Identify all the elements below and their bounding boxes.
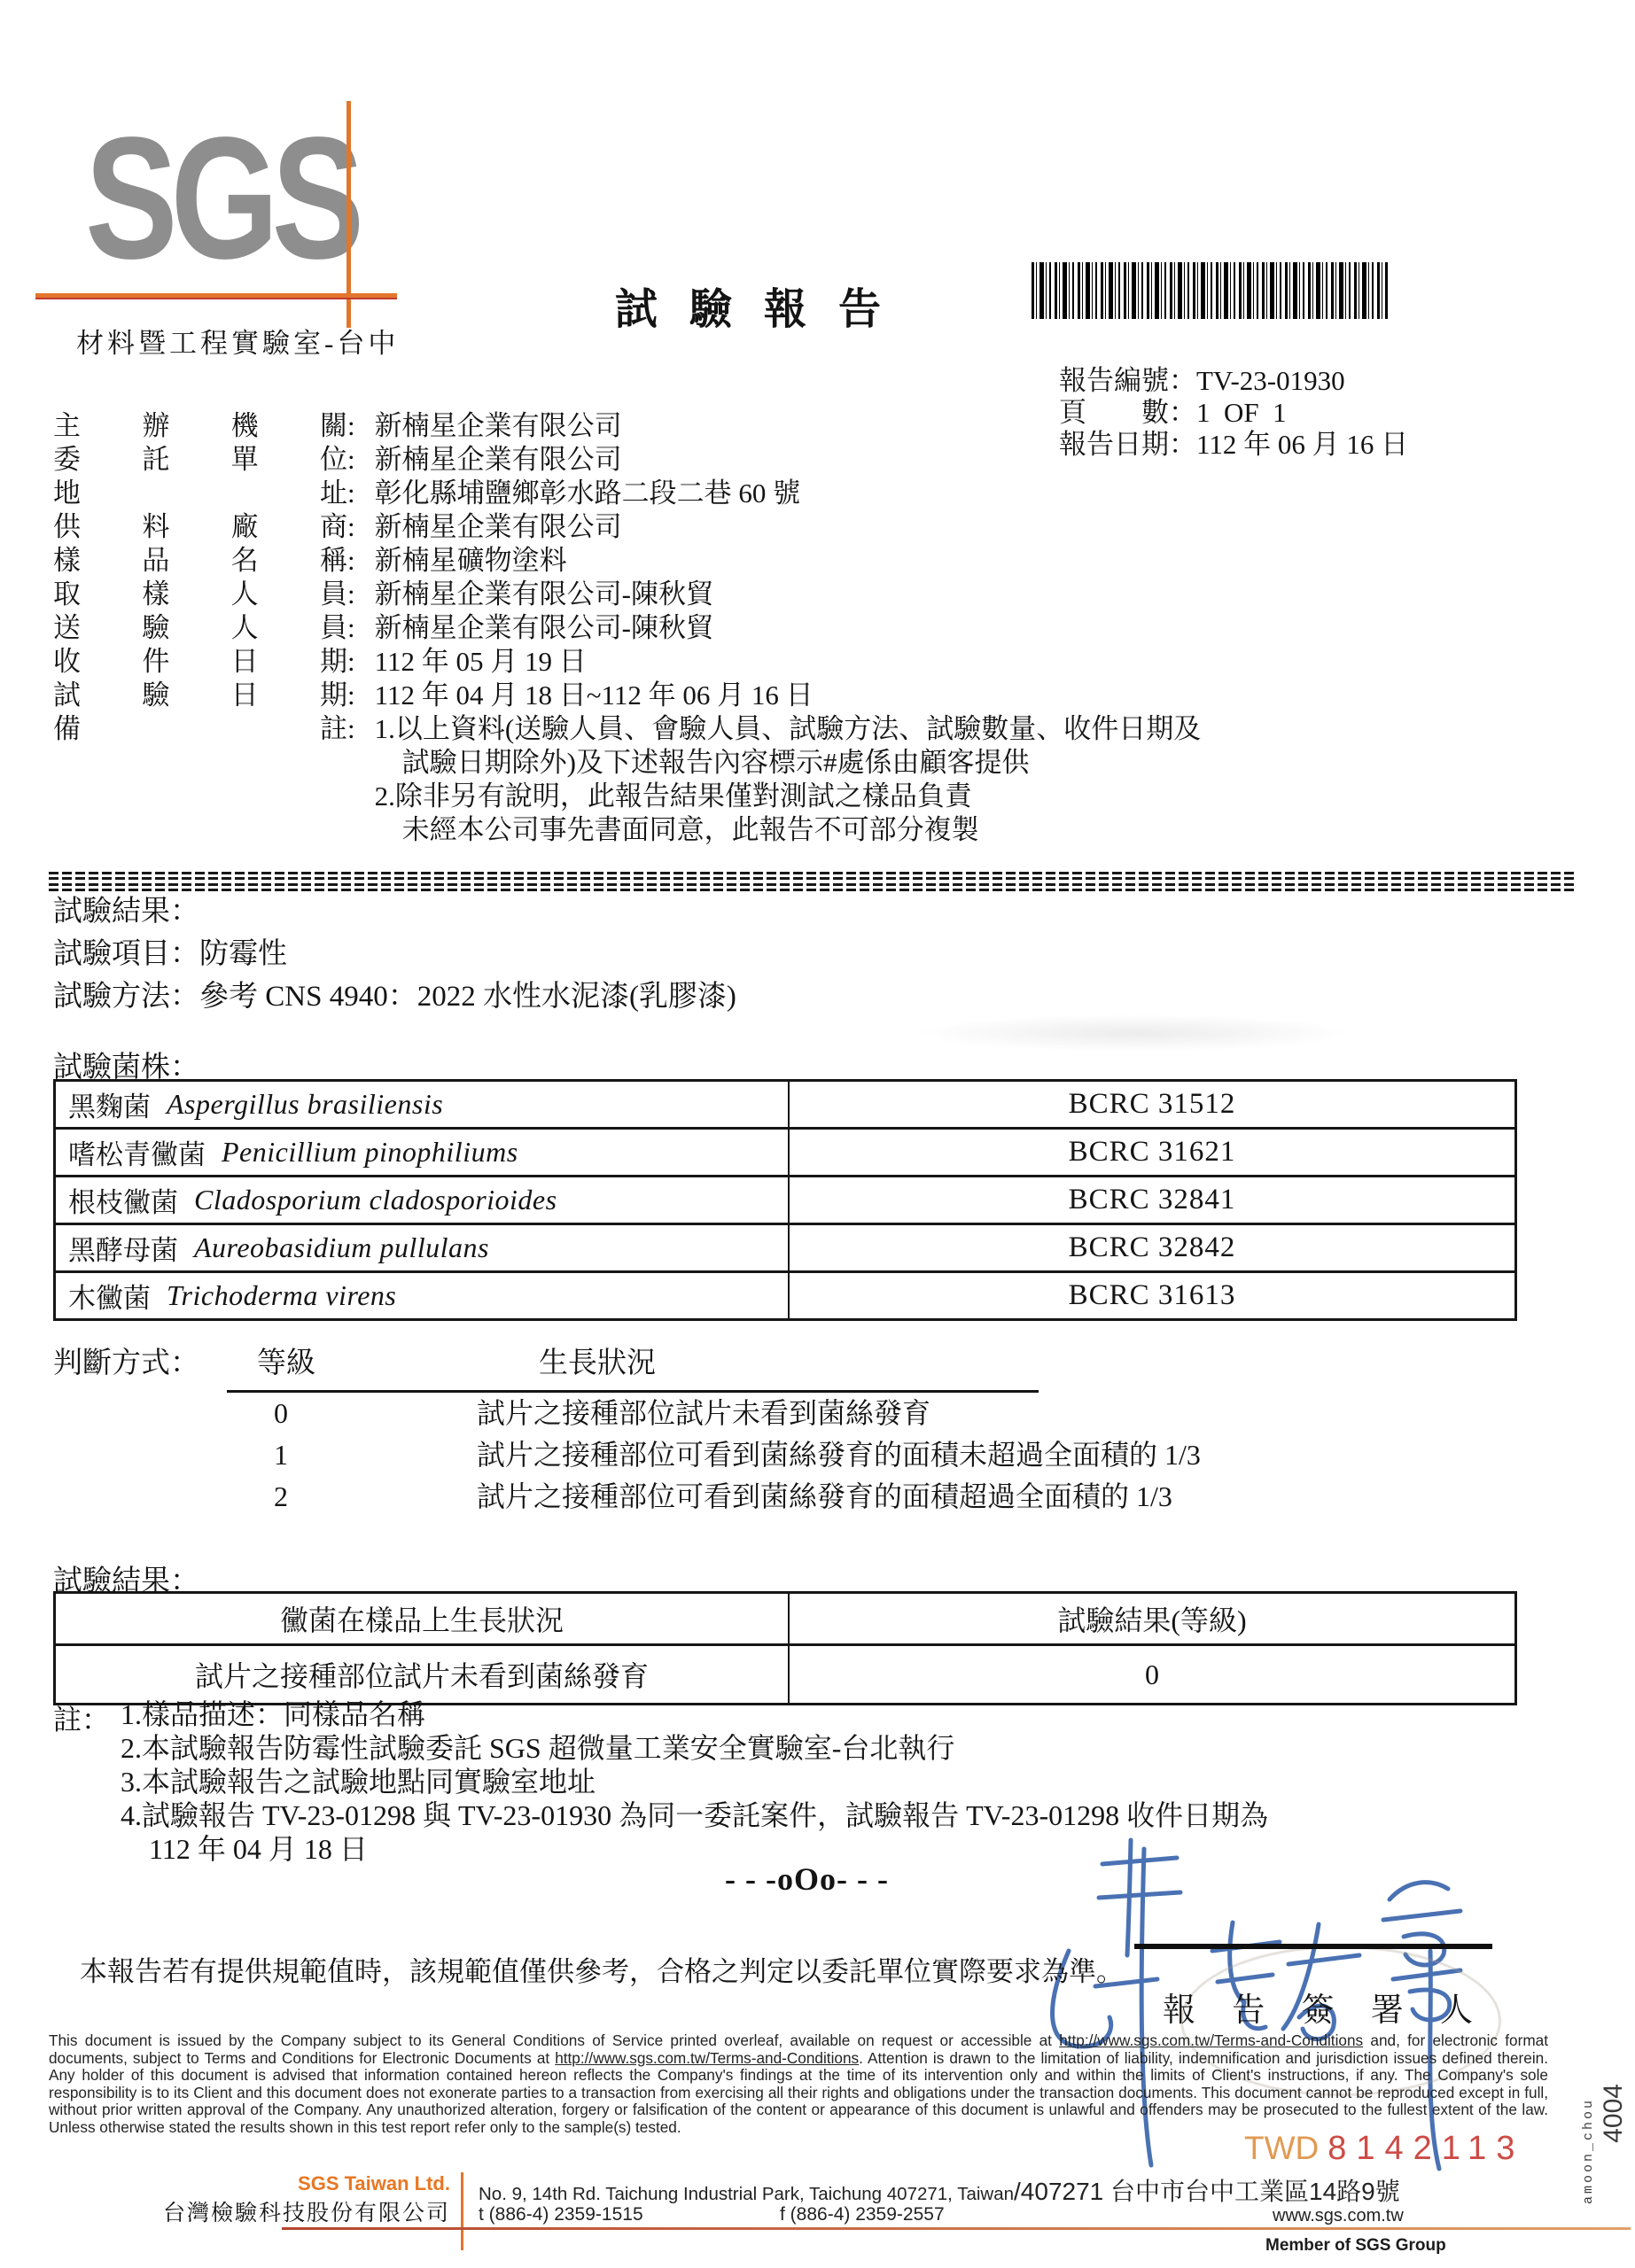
- judgement-rows: 0 試片之接種部位試片未看到菌絲發育 1 試片之接種部位可看到菌絲發育的面積未超…: [227, 1393, 1201, 1518]
- info-label: 樣品名稱: [53, 544, 347, 578]
- strain-name-cn: 根枝黴菌: [68, 1180, 178, 1220]
- strain-code-cell: BCRC 32842: [790, 1225, 1514, 1273]
- info-row: 收件日期: 112 年 05 月 19 日: [53, 645, 1560, 679]
- legal-part-1: This document is issued by the Company s…: [49, 2031, 1059, 2049]
- info-value: 新楠星企業有限公司: [375, 409, 622, 443]
- signer-title: 報 告 簽 署 人: [1163, 1983, 1487, 2031]
- strain-name-latin: Penicillium pinophiliums: [222, 1136, 518, 1169]
- info-label: 主辦機關: [53, 409, 347, 443]
- footer-divider-horizontal: [282, 2227, 1631, 2230]
- note-line: 2.本試驗報告防霉性試驗委託 SGS 超微量工業安全實驗室-台北執行: [121, 1731, 1268, 1765]
- sgs-logo: SGS: [85, 112, 357, 285]
- test-item-row: 試驗項目：防霉性: [53, 930, 287, 972]
- strain-name-cn: 黑酵母菌: [68, 1228, 178, 1268]
- judgement-row: 2 試片之接種部位可看到菌絲發育的面積超過全面積的 1/3: [227, 1476, 1201, 1518]
- grade-value: 0: [250, 1393, 312, 1434]
- ooo-separator: - - -oOo- - -: [725, 1860, 889, 1898]
- report-page: SGS 材料暨工程實驗室-台中 試驗報告 報告編號：TV-23-01930 頁 …: [0, 0, 1635, 2268]
- strains-table: 黑麴菌 Aspergillus brasiliensis BCRC 31512 …: [53, 1079, 1517, 1321]
- results-table: 黴菌在樣品上生長狀況 試驗結果(等級) 試片之接種部位試片未看到菌絲發育 0: [53, 1591, 1517, 1705]
- info-rows: 主辦機關: 新楠星企業有限公司 委託單位: 新楠星企業有限公司 地址: 彰化縣埔…: [53, 409, 1560, 712]
- info-value: 112 年 04 月 18 日~112 年 06 月 16 日: [375, 679, 814, 712]
- footer-company-zh: 台灣檢驗科技股份有限公司: [51, 2195, 450, 2227]
- info-colon: :: [347, 443, 355, 477]
- footer-fax: f (886-4) 2359-2557: [780, 2204, 945, 2225]
- results-header-growth: 黴菌在樣品上生長狀況: [56, 1594, 790, 1646]
- report-title: 試驗報告: [615, 275, 913, 336]
- test-item-value: 防霉性: [199, 938, 287, 970]
- note-line: 3.本試驗報告之試驗地點同實驗室地址: [121, 1765, 1268, 1798]
- judgement-heading: 判斷方式：: [53, 1340, 199, 1381]
- footer-member: Member of SGS Group: [1265, 2236, 1446, 2256]
- footer-company-en: SGS Taiwan Ltd.: [51, 2172, 450, 2195]
- results-row-grade: 0: [790, 1646, 1514, 1703]
- info-value: 新楠星企業有限公司: [375, 443, 622, 477]
- info-value: 新楠星企業有限公司-陳秋貿: [375, 578, 713, 611]
- info-row: 主辦機關: 新楠星企業有限公司: [53, 409, 1560, 443]
- result-heading: 試驗結果：: [53, 888, 199, 929]
- grade-value: 2: [250, 1476, 312, 1518]
- info-colon: :: [347, 544, 355, 578]
- test-method-row: 試驗方法：參考 CNS 4940：2022 水性水泥漆(乳膠漆): [53, 973, 736, 1014]
- footer-address-zh: /407271 台中市台中工業區14路9號: [1014, 2172, 1400, 2208]
- info-label: 收件日期: [53, 645, 347, 679]
- info-value: 彰化縣埔鹽鄉彰水路二段二巷 60 號: [375, 477, 801, 510]
- note-line: 1.樣品描述：同樣品名稱: [121, 1697, 1268, 1731]
- strain-name-latin: Aspergillus brasiliensis: [167, 1088, 443, 1121]
- edge-page-code: 4004: [1599, 2084, 1629, 2143]
- signature-line: [1134, 1944, 1492, 1949]
- test-method-value: 參考 CNS 4940：2022 水性水泥漆(乳膠漆): [199, 981, 736, 1013]
- twd-prefix: TWD: [1244, 2130, 1319, 2166]
- info-value: 新楠星礦物塗料: [375, 544, 567, 578]
- strain-code-cell: BCRC 31512: [790, 1082, 1514, 1130]
- footer-web: www.sgs.com.tw: [1273, 2206, 1404, 2226]
- info-colon: :: [347, 409, 355, 443]
- strain-name-latin: Aureobasidium pullulans: [194, 1231, 489, 1264]
- logo-cross-red-line: [35, 298, 397, 299]
- results-header-grade: 試驗結果(等級): [790, 1594, 1514, 1646]
- info-row: 委託單位: 新楠星企業有限公司: [53, 443, 1560, 477]
- info-colon: :: [347, 679, 355, 712]
- info-label: 送驗人員: [53, 611, 347, 645]
- remark-line: 試驗日期除外)及下述報告內容標示#處係由顧客提供: [375, 746, 1202, 780]
- info-label: 供料廠商: [53, 510, 347, 544]
- remark-line: 2.除非另有說明，此報告結果僅對測試之樣品負責: [375, 780, 1202, 813]
- strain-name-cn: 嗜松青黴菌: [68, 1132, 206, 1172]
- legal-text: This document is issued by the Company s…: [49, 2032, 1548, 2137]
- scan-artifact: [842, 1008, 1427, 1058]
- growth-description: 試片之接種部位試片未看到菌絲發育: [477, 1393, 930, 1434]
- edge-operator-code: amoon_chou: [1581, 2098, 1596, 2204]
- info-label: 地址: [53, 477, 347, 510]
- info-label: 試驗日期: [53, 679, 347, 712]
- info-row: 地址: 彰化縣埔鹽鄉彰水路二段二巷 60 號: [53, 477, 1560, 510]
- barcode: [1032, 262, 1388, 319]
- remark-label: 備註: [53, 712, 347, 847]
- terms-url-1: http://www.sgs.com.tw/Terms-and-Conditio…: [1059, 2031, 1363, 2049]
- growth-description: 試片之接種部位可看到菌絲發育的面積超過全面積的 1/3: [477, 1476, 1172, 1518]
- footer-address: No. 9, 14th Rd. Taichung Industrial Park…: [479, 2172, 1400, 2208]
- results-row-growth: 試片之接種部位試片未看到菌絲發育: [56, 1646, 790, 1703]
- info-row: 樣品名稱: 新楠星礦物塗料: [53, 544, 1560, 578]
- info-colon: :: [347, 645, 355, 679]
- judgement-row: 1 試片之接種部位可看到菌絲發育的面積未超過全面積的 1/3: [227, 1434, 1201, 1476]
- strain-name-cell: 黑麴菌 Aspergillus brasiliensis: [56, 1082, 790, 1130]
- growth-column-header: 生長狀況: [539, 1340, 656, 1381]
- strain-name-cell: 木黴菌 Trichoderma virens: [56, 1273, 790, 1318]
- info-colon: :: [347, 611, 355, 645]
- info-value: 112 年 05 月 19 日: [375, 645, 587, 679]
- grade-value: 1: [250, 1434, 312, 1476]
- strain-name-cell: 黑酵母菌 Aureobasidium pullulans: [56, 1225, 790, 1273]
- strain-code-cell: BCRC 31621: [790, 1130, 1514, 1177]
- info-row: 供料廠商: 新楠星企業有限公司: [53, 510, 1560, 544]
- info-colon: :: [347, 510, 355, 544]
- info-value: 新楠星企業有限公司: [375, 510, 622, 544]
- info-colon: :: [347, 578, 355, 611]
- info-row: 試驗日期: 112 年 04 月 18 日~112 年 06 月 16 日: [53, 679, 1560, 712]
- test-item-label: 試驗項目：: [53, 938, 199, 970]
- strain-name-latin: Trichoderma virens: [167, 1279, 396, 1312]
- strain-name-latin: Cladosporium cladosporioides: [194, 1184, 557, 1216]
- strain-code-cell: BCRC 32841: [790, 1177, 1514, 1225]
- info-label: 取樣人員: [53, 578, 347, 611]
- growth-description: 試片之接種部位可看到菌絲發育的面積未超過全面積的 1/3: [477, 1434, 1201, 1476]
- remark-lines: 1.以上資料(送驗人員、會驗人員、試驗方法、試驗數量、收件日期及 試驗日期除外)…: [375, 712, 1202, 847]
- footer-tel: t (886-4) 2359-1515: [479, 2204, 643, 2225]
- test-method-label: 試驗方法：: [53, 981, 199, 1013]
- footer-address-en: No. 9, 14th Rd. Taichung Industrial Park…: [479, 2184, 1014, 2205]
- section-divider: [49, 872, 1577, 891]
- info-row: 取樣人員: 新楠星企業有限公司-陳秋貿: [53, 578, 1560, 611]
- spec-disclaimer: 本報告若有提供規範值時，該規範值僅供參考，合格之判定以委託單位實際要求為準。: [80, 1949, 1124, 1989]
- strain-name-cn: 黑麴菌: [68, 1084, 151, 1124]
- terms-url-2: http://www.sgs.com.tw/Terms-and-Conditio…: [555, 2049, 859, 2067]
- note-label: 註：: [53, 1697, 121, 1866]
- lab-name: 材料暨工程實驗室-台中: [76, 321, 399, 361]
- remark-line: 未經本公司事先書面同意，此報告不可部分複製: [375, 813, 1202, 847]
- strain-name-cn: 木黴菌: [68, 1276, 151, 1316]
- info-colon: :: [347, 477, 355, 510]
- judgement-table-header: 等級 生長狀況: [227, 1340, 1039, 1393]
- info-value: 新楠星企業有限公司-陳秋貿: [375, 611, 713, 645]
- remark-row: 備註: 1.以上資料(送驗人員、會驗人員、試驗方法、試驗數量、收件日期及 試驗日…: [53, 712, 1560, 847]
- remark-colon: :: [347, 712, 355, 847]
- remark-line: 1.以上資料(送驗人員、會驗人員、試驗方法、試驗數量、收件日期及: [375, 712, 1202, 746]
- info-block: 主辦機關: 新楠星企業有限公司 委託單位: 新楠星企業有限公司 地址: 彰化縣埔…: [53, 409, 1560, 847]
- twd-code: TWD8142113: [1244, 2130, 1524, 2168]
- strain-name-cell: 根枝黴菌 Cladosporium cladosporioides: [56, 1177, 790, 1225]
- strain-name-cell: 嗜松青黴菌 Penicillium pinophiliums: [56, 1130, 790, 1177]
- info-label: 委託單位: [53, 443, 347, 477]
- judgement-row: 0 試片之接種部位試片未看到菌絲發育: [227, 1393, 1201, 1434]
- twd-number: 8142113: [1327, 2130, 1524, 2167]
- footer-divider-vertical: [461, 2172, 463, 2250]
- info-row: 送驗人員: 新楠星企業有限公司-陳秋貿: [53, 611, 1560, 645]
- strain-code-cell: BCRC 31613: [790, 1273, 1514, 1318]
- grade-column-header: 等級: [257, 1340, 315, 1381]
